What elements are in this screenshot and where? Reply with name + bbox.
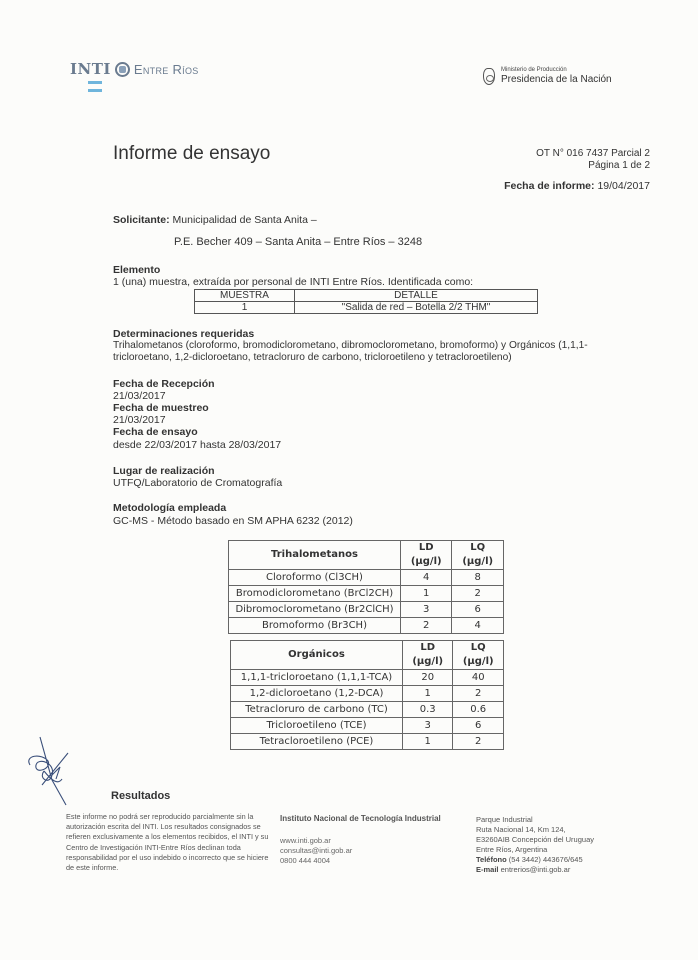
applicant-name: Municipalidad de Santa Anita – [173, 214, 317, 226]
table-row: Tetracloroetileno (PCE)12 [231, 734, 504, 750]
compound-name: Bromodiclorometano (BrCl2CH) [229, 586, 401, 602]
ld-value: 1 [401, 586, 452, 602]
center-phone: Teléfono (54 3442) 443676/645 [476, 855, 594, 865]
methodology-value: GC-MS - Método basado en SM APHA 6232 (2… [113, 515, 353, 527]
compound-name: Dibromoclorometano (Br2ClCH) [229, 602, 401, 618]
sample-table: MUESTRA DETALLE 1 "Salida de red – Botel… [194, 289, 538, 314]
reception-date-label: Fecha de Recepción [113, 378, 215, 390]
sample-header: MUESTRA [195, 290, 295, 302]
ld-value: 3 [401, 602, 452, 618]
inti-brand: INTI [70, 60, 111, 78]
general-phone: 0800 444 4004 [280, 856, 352, 866]
general-email-link[interactable]: consultas@inti.gob.ar [280, 846, 352, 856]
reception-date-value: 21/03/2017 [113, 390, 166, 402]
table-row: 1 "Salida de red – Botella 2/2 THM" [195, 302, 538, 314]
coat-of-arms-icon [483, 68, 495, 85]
lq-header: LQ (µg/l) [452, 541, 504, 570]
report-date: Fecha de informe: 19/04/2017 [504, 180, 650, 192]
lq-value: 4 [452, 618, 504, 634]
determinations-line2: tricloroetano, 1,2-dicloroetano, tetracl… [113, 352, 512, 364]
inti-logo: INTI Entre Ríos [70, 60, 199, 78]
applicant-label: Solicitante: [113, 214, 170, 226]
determinations-label: Determinaciones requeridas [113, 328, 254, 340]
website-link[interactable]: www.inti.gob.ar [280, 836, 352, 846]
address-line-1: Parque Industrial [476, 815, 594, 825]
compound-name: 1,2-dicloroetano (1,2-DCA) [231, 686, 403, 702]
lq-value: 6 [452, 602, 504, 618]
email-value[interactable]: entrerios@inti.gob.ar [501, 865, 571, 874]
lq-value: 40 [453, 670, 504, 686]
element-text: 1 (una) muestra, extraída por personal d… [113, 276, 473, 288]
compound-name: Tetracloruro de carbono (TC) [231, 702, 403, 718]
determinations-line1: Trihalometanos (cloroformo, bromodicloro… [113, 340, 588, 352]
ld-value: 1 [403, 686, 453, 702]
table-header-row: TrihalometanosLD (µg/l)LQ (µg/l) [229, 541, 504, 570]
detail-header: DETALLE [295, 290, 538, 302]
ld-header: LD (µg/l) [403, 641, 453, 670]
center-address: Parque Industrial Ruta Nacional 14, Km 1… [476, 815, 594, 875]
ot-reference: OT N° 016 7437 Parcial 2 Página 1 de 2 [536, 148, 650, 172]
lq-value: 2 [452, 586, 504, 602]
logo-bars-icon [88, 81, 102, 97]
page-title: Informe de ensayo [113, 143, 270, 165]
methodology-label: Metodología empleada [113, 502, 226, 514]
compound-name: Cloroformo (Cl3CH) [229, 570, 401, 586]
ld-value: 20 [403, 670, 453, 686]
globe-icon [115, 62, 130, 77]
test-date-value: desde 22/03/2017 hasta 28/03/2017 [113, 439, 281, 451]
table-row: Bromoformo (Br3CH)24 [229, 618, 504, 634]
trihalomethanes-table: TrihalometanosLD (µg/l)LQ (µg/l)Clorofor… [228, 540, 504, 634]
compound-name: Tricloroetileno (TCE) [231, 718, 403, 734]
lq-value: 6 [453, 718, 504, 734]
compound-name: Bromoformo (Br3CH) [229, 618, 401, 634]
sampling-date-value: 21/03/2017 [113, 414, 166, 426]
results-heading: Resultados [111, 790, 170, 802]
page-number: Página 1 de 2 [536, 160, 650, 172]
government-logo: Ministerio de Producción Presidencia de … [483, 67, 612, 85]
test-date-label: Fecha de ensayo [113, 426, 198, 438]
compound-header: Orgánicos [231, 641, 403, 670]
ld-value: 3 [403, 718, 453, 734]
table-row: 1,1,1-tricloroetano (1,1,1-TCA)2040 [231, 670, 504, 686]
document-page: INTI Entre Ríos Ministerio de Producción… [0, 0, 698, 960]
ot-number: OT N° 016 7437 Parcial 2 [536, 148, 650, 160]
lq-value: 2 [453, 734, 504, 750]
phone-value: (54 3442) 443676/645 [509, 855, 583, 864]
sample-number: 1 [195, 302, 295, 314]
address-line-4: Entre Ríos, Argentina [476, 845, 594, 855]
address-line-2: Ruta Nacional 14, Km 124, [476, 825, 594, 835]
sample-detail: "Salida de red – Botella 2/2 THM" [295, 302, 538, 314]
applicant: Solicitante: Municipalidad de Santa Anit… [113, 214, 317, 226]
lq-value: 8 [452, 570, 504, 586]
table-header-row: OrgánicosLD (µg/l)LQ (µg/l) [231, 641, 504, 670]
compound-name: 1,1,1-tricloroetano (1,1,1-TCA) [231, 670, 403, 686]
email-label: E-mail [476, 865, 499, 874]
compound-header: Trihalometanos [229, 541, 401, 570]
location-label: Lugar de realización [113, 465, 215, 477]
ld-value: 0.3 [403, 702, 453, 718]
report-date-label: Fecha de informe: [504, 180, 594, 192]
ld-header: LD (µg/l) [401, 541, 452, 570]
ld-value: 4 [401, 570, 452, 586]
phone-label: Teléfono [476, 855, 507, 864]
ministry-name: Ministerio de Producción [501, 67, 612, 74]
lq-value: 2 [453, 686, 504, 702]
lq-value: 0.6 [453, 702, 504, 718]
applicant-address: P.E. Becher 409 – Santa Anita – Entre Rí… [174, 236, 422, 248]
location-value: UTFQ/Laboratorio de Cromatografía [113, 477, 282, 489]
ld-value: 2 [401, 618, 452, 634]
table-row: Dibromoclorometano (Br2ClCH)36 [229, 602, 504, 618]
inti-region: Entre Ríos [134, 62, 199, 77]
lq-header: LQ (µg/l) [453, 641, 504, 670]
organics-table: OrgánicosLD (µg/l)LQ (µg/l)1,1,1-triclor… [230, 640, 504, 750]
table-row: Cloroformo (Cl3CH)48 [229, 570, 504, 586]
presidency-name: Presidencia de la Nación [501, 74, 612, 85]
disclaimer-text: Este informe no podrá ser reproducido pa… [66, 812, 271, 873]
table-row: Tricloroetileno (TCE)36 [231, 718, 504, 734]
sampling-date-label: Fecha de muestreo [113, 402, 209, 414]
ld-value: 1 [403, 734, 453, 750]
table-row: Tetracloruro de carbono (TC)0.30.6 [231, 702, 504, 718]
element-label: Elemento [113, 264, 160, 276]
table-row: Bromodiclorometano (BrCl2CH)12 [229, 586, 504, 602]
signature-icon [22, 735, 92, 810]
table-row: 1,2-dicloroetano (1,2-DCA)12 [231, 686, 504, 702]
report-date-value: 19/04/2017 [597, 180, 650, 192]
center-email: E-mail entrerios@inti.gob.ar [476, 865, 594, 875]
institute-contact: www.inti.gob.ar consultas@inti.gob.ar 08… [280, 836, 352, 866]
institute-name: Instituto Nacional de Tecnología Industr… [280, 814, 441, 823]
address-line-3: E3260AIB Concepción del Uruguay [476, 835, 594, 845]
compound-name: Tetracloroetileno (PCE) [231, 734, 403, 750]
